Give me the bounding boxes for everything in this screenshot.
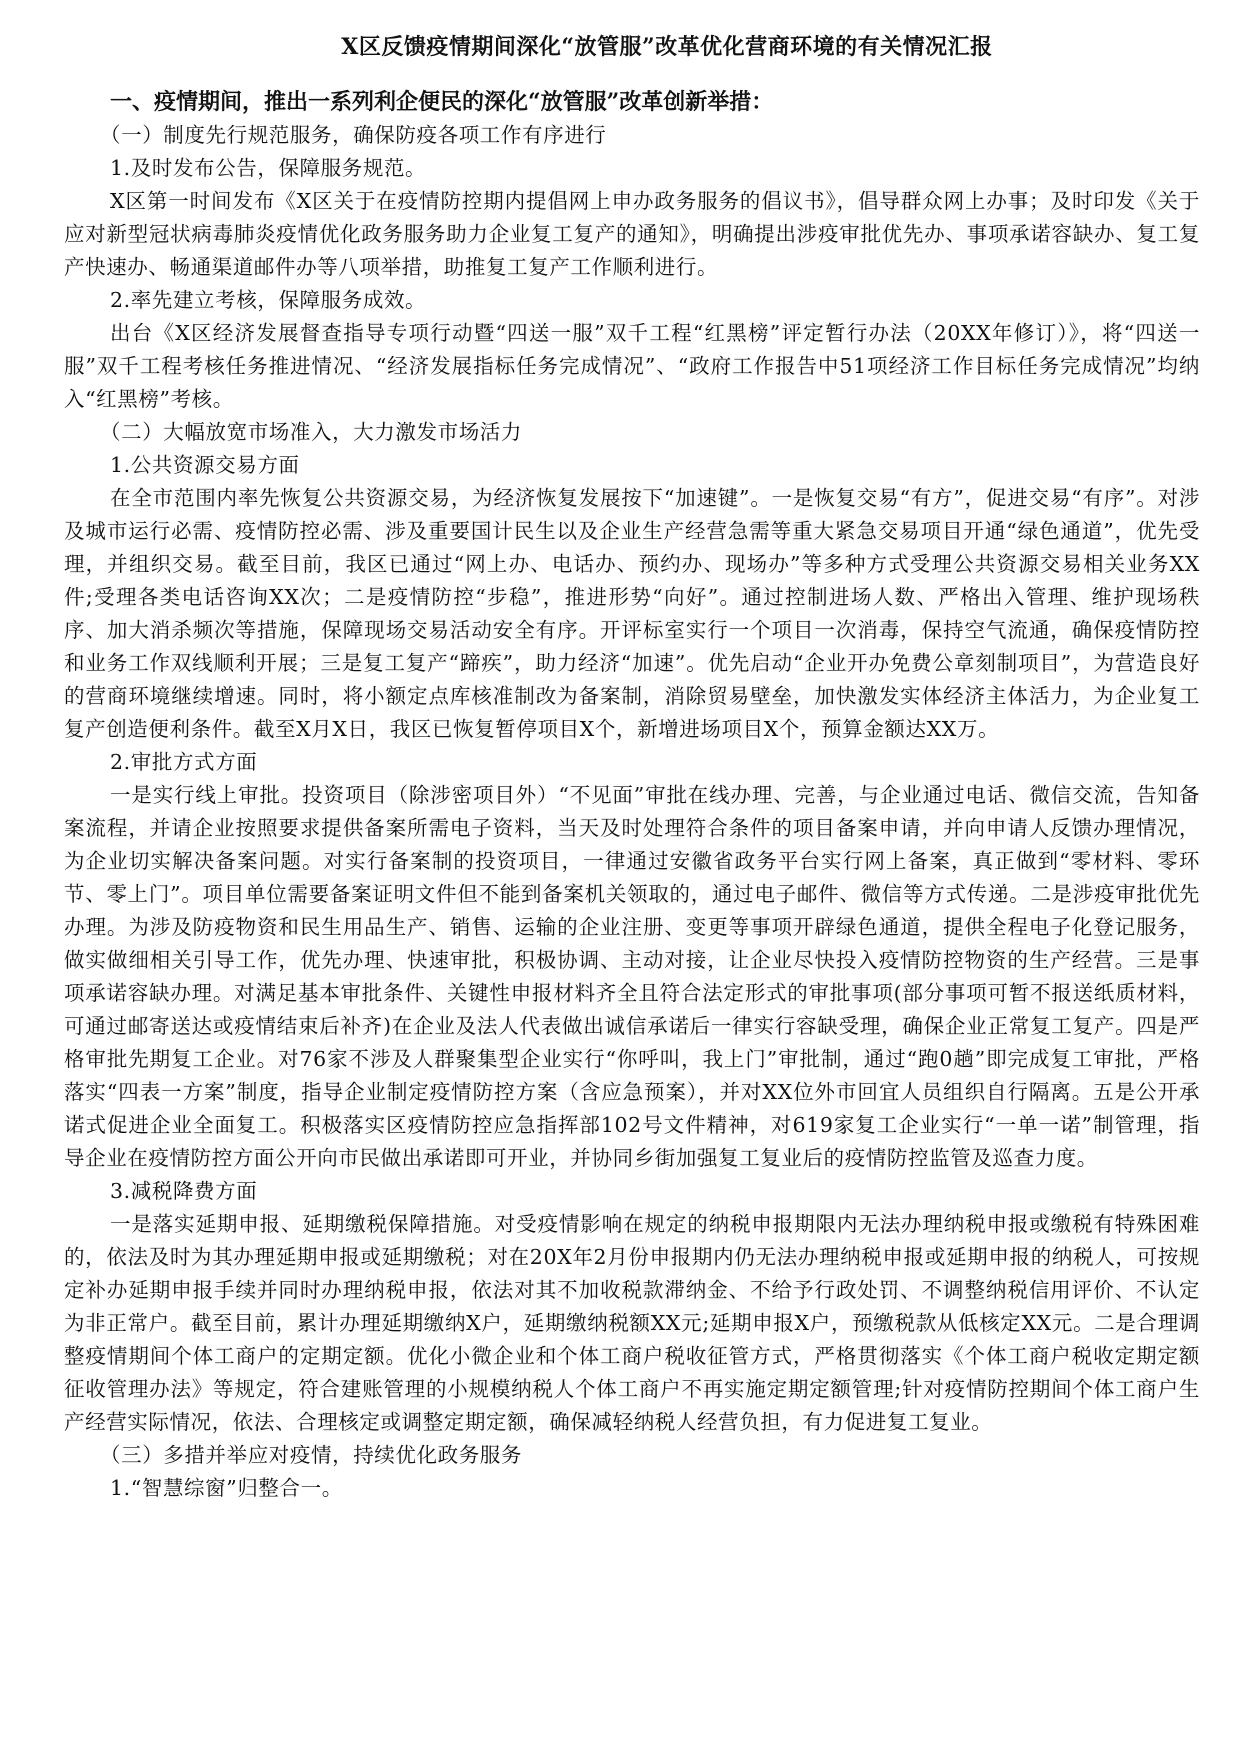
item-heading-2-2: 2.审批方式方面 <box>64 746 1200 779</box>
item-heading-1-2: 2.率先建立考核，保障服务成效。 <box>64 284 1200 317</box>
paragraph-2-3: 一是落实延期申报、延期缴税保障措施。对受疫情影响在规定的纳税申报期限内无法办理纳… <box>64 1208 1200 1439</box>
item-heading-2-1: 1.公共资源交易方面 <box>64 449 1200 482</box>
item-heading-1-1: 1.及时发布公告，保障服务规范。 <box>64 152 1200 185</box>
paragraph-1-2: 出台《X区经济发展督查指导专项行动暨“四送一服”双千工程“红黑榜”评定暂行办法（… <box>64 317 1200 416</box>
document-title: X区反馈疫情期间深化“放管服”改革优化营商环境的有关情况汇报 <box>64 30 1200 64</box>
section-heading-1: 一、疫情期间，推出一系列利企便民的深化“放管服”改革创新举措： <box>64 86 1200 119</box>
paragraph-2-2: 一是实行线上审批。投资项目（除涉密项目外）“不见面”审批在线办理、完善，与企业通… <box>64 779 1200 1175</box>
item-heading-3-1: 1.“智慧综窗”归整合一。 <box>64 1472 1200 1505</box>
subsection-heading-1: （一）制度先行规范服务，确保防疫各项工作有序进行 <box>64 119 1200 152</box>
document-page: X区反馈疫情期间深化“放管服”改革优化营商环境的有关情况汇报 一、疫情期间，推出… <box>64 30 1200 1505</box>
subsection-heading-2: （二）大幅放宽市场准入，大力激发市场活力 <box>64 416 1200 449</box>
paragraph-1-1: X区第一时间发布《X区关于在疫情防控期内提倡网上申办政务服务的倡议书》，倡导群众… <box>64 185 1200 284</box>
subsection-heading-3: （三）多措并举应对疫情，持续优化政务服务 <box>64 1439 1200 1472</box>
paragraph-2-1: 在全市范围内率先恢复公共资源交易，为经济恢复发展按下“加速键”。一是恢复交易“有… <box>64 482 1200 746</box>
item-heading-2-3: 3.减税降费方面 <box>64 1175 1200 1208</box>
